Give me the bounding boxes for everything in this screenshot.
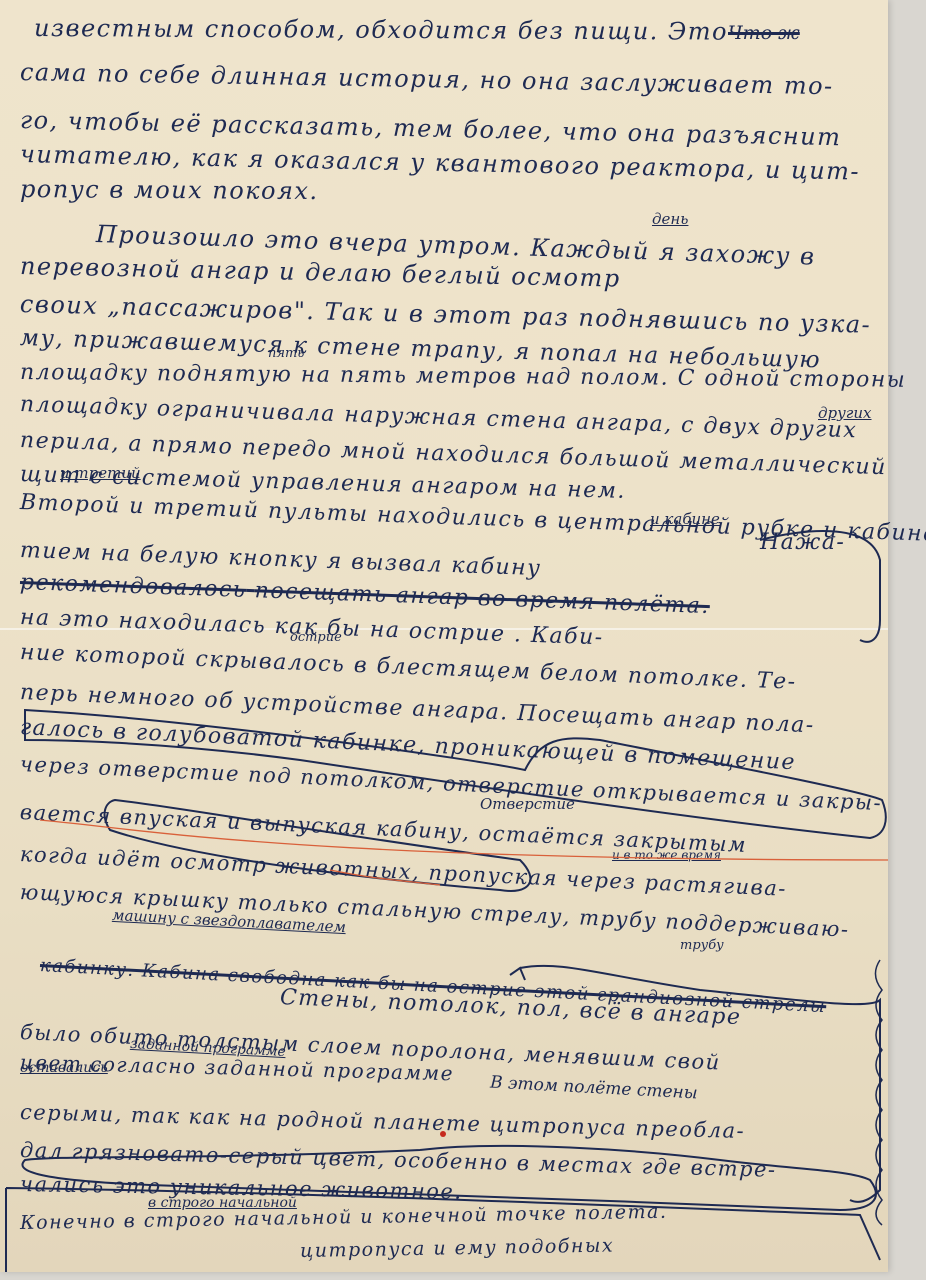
manuscript-page: известным способом, обходится без пищи. … [0, 0, 888, 1272]
editing-marks [0, 0, 888, 1272]
